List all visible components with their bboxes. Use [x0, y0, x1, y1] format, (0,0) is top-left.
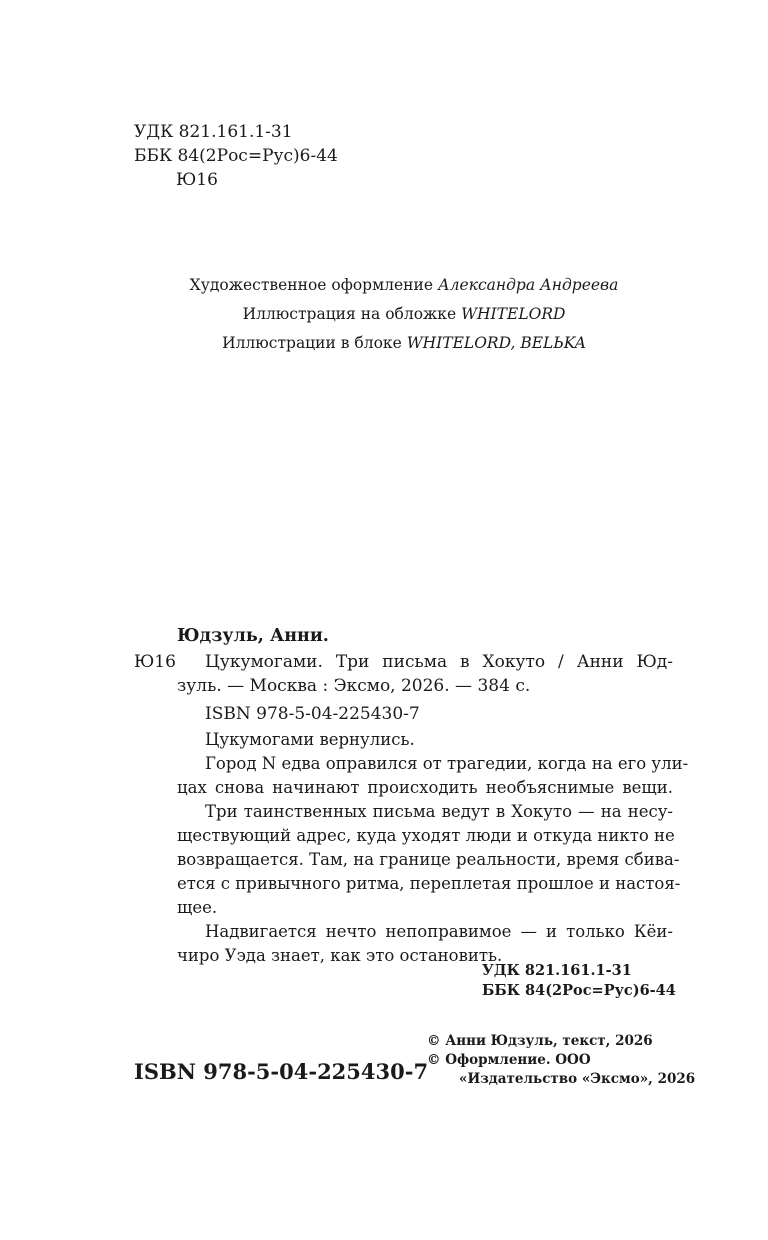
credit-block-illustrations: Иллюстрации в блоке WHITELORD, BELЬKA — [0, 332, 768, 354]
record-author: Юдзуль, Анни. — [177, 624, 329, 648]
record-title-line-1: Цукумогами. Три письма в Хокуто / Анни Ю… — [205, 650, 673, 674]
copyright-publisher: «Издательство «Эксмо», 2026 — [459, 1069, 695, 1089]
annotation-line: щее. — [177, 896, 673, 920]
udk-code-bottom: УДК 821.161.1-31 — [482, 960, 632, 981]
credit-label: Иллюстрации в блоке — [222, 334, 407, 352]
annotation-line: Три таинственных письма ведут в Хокуто —… — [177, 800, 673, 824]
annotation-line: Надвигается нечто непоправимое — и тольк… — [177, 920, 673, 944]
credit-name: WHITELORD, BELЬKA — [407, 334, 586, 352]
credit-name: Александра Андреева — [438, 276, 618, 294]
author-sign-top: Ю16 — [176, 168, 218, 192]
annotation-line: возвращается. Там, на границе реальности… — [177, 848, 673, 872]
credit-label: Художественное оформление — [190, 276, 438, 294]
annotation-line: цах снова начинают происходить необъясни… — [177, 776, 673, 800]
bbk-code-bottom: ББК 84(2Рос=Рус)6-44 — [482, 980, 676, 1001]
annotation-line: Цукумогами вернулись. — [177, 728, 673, 752]
udk-code-top: УДК 821.161.1-31 — [134, 120, 293, 144]
bbk-code-top: ББК 84(2Рос=Рус)6-44 — [134, 144, 338, 168]
annotation-line: ется с привычного ритма, переплетая прош… — [177, 872, 673, 896]
credit-art-design: Художественное оформление Александра Анд… — [0, 274, 768, 296]
annotation-line: Город N едва оправился от трагедии, когд… — [177, 752, 673, 776]
copyright-design: © Оформление. ООО — [427, 1050, 591, 1070]
credit-cover-illustration: Иллюстрация на обложке WHITELORD — [0, 303, 768, 325]
annotation-line: ществующий адрес, куда уходят люди и отк… — [177, 824, 673, 848]
copyright-text: © Анни Юдзуль, текст, 2026 — [427, 1031, 653, 1051]
record-isbn: ISBN 978-5-04-225430-7 — [205, 702, 420, 726]
record-title-line-2: зуль. — Москва : Эксмо, 2026. — 384 с. — [177, 674, 530, 698]
credit-label: Иллюстрация на обложке — [243, 305, 462, 323]
isbn-bottom: ISBN 978-5-04-225430-7 — [134, 1058, 428, 1086]
record-author-sign: Ю16 — [134, 650, 176, 674]
credit-name: WHITELORD — [461, 305, 565, 323]
